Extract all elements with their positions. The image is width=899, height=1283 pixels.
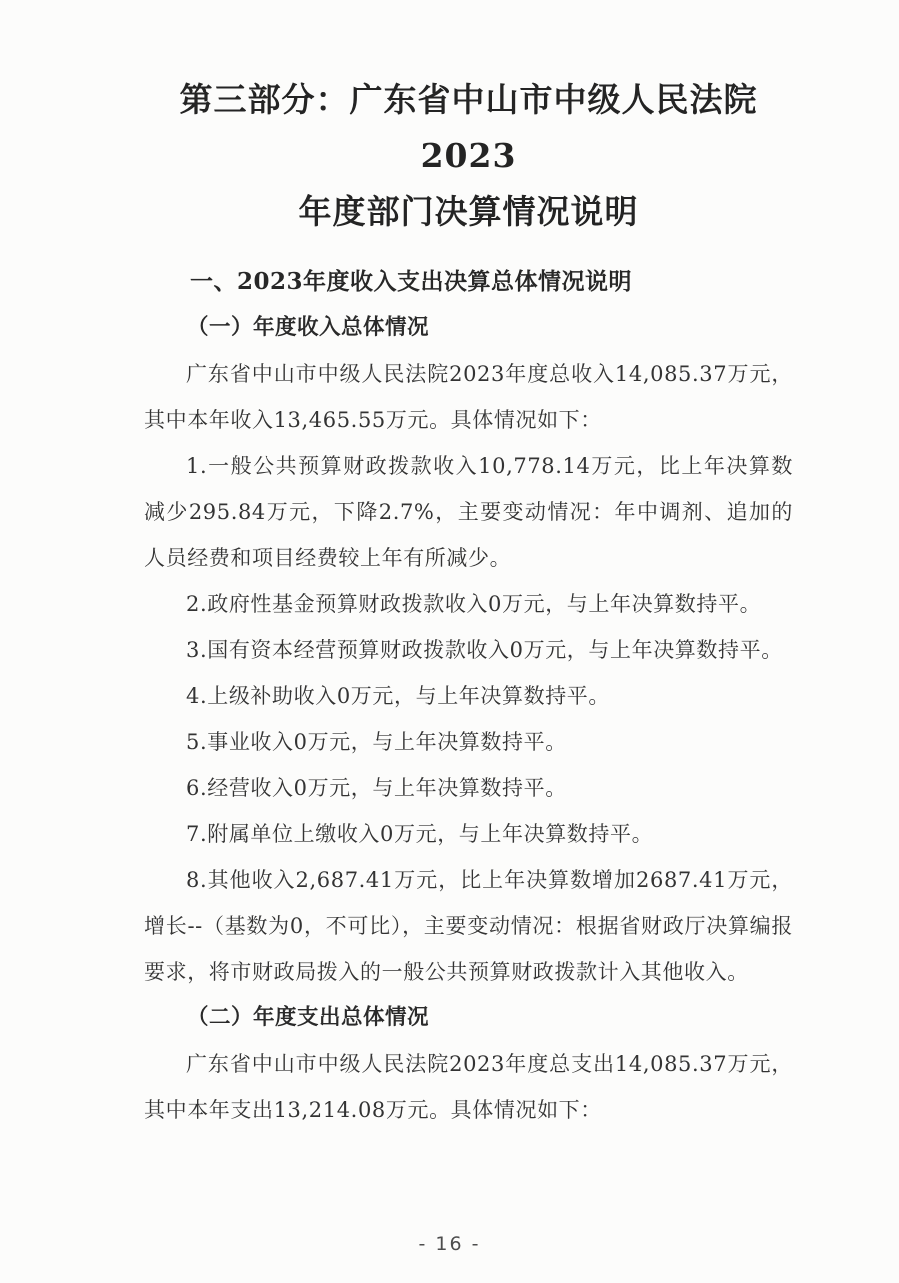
income-item-1: 1.一般公共预算财政拨款收入10,778.14万元，比上年决算数减少295.84… bbox=[144, 443, 793, 581]
page-number: - 16 - bbox=[0, 1233, 899, 1255]
document-page: 第三部分：广东省中山市中级人民法院2023 年度部门决算情况说明 一、2023年… bbox=[0, 0, 899, 1283]
income-item-3: 3.国有资本经营预算财政拨款收入0万元，与上年决算数持平。 bbox=[144, 627, 793, 673]
document-title-line2: 年度部门决算情况说明 bbox=[144, 184, 793, 240]
document-title: 第三部分：广东省中山市中级人民法院2023 年度部门决算情况说明 bbox=[144, 72, 793, 240]
income-intro-paragraph: 广东省中山市中级人民法院2023年度总收入14,085.37万元，其中本年收入1… bbox=[144, 351, 793, 443]
document-title-line1: 第三部分：广东省中山市中级人民法院2023 bbox=[144, 72, 793, 184]
subsection-income-heading: （一）年度收入总体情况 bbox=[144, 305, 793, 351]
subsection-expenditure-heading: （二）年度支出总体情况 bbox=[144, 995, 793, 1041]
document-content: 第三部分：广东省中山市中级人民法院2023 年度部门决算情况说明 一、2023年… bbox=[0, 0, 899, 1133]
income-item-6: 6.经营收入0万元，与上年决算数持平。 bbox=[144, 765, 793, 811]
income-item-4: 4.上级补助收入0万元，与上年决算数持平。 bbox=[144, 673, 793, 719]
income-item-8: 8.其他收入2,687.41万元，比上年决算数增加2687.41万元，增长--（… bbox=[144, 857, 793, 995]
income-item-7: 7.附属单位上缴收入0万元，与上年决算数持平。 bbox=[144, 811, 793, 857]
income-item-5: 5.事业收入0万元，与上年决算数持平。 bbox=[144, 719, 793, 765]
expenditure-intro-paragraph: 广东省中山市中级人民法院2023年度总支出14,085.37万元，其中本年支出1… bbox=[144, 1041, 793, 1133]
section-1-heading: 一、2023年度收入支出决算总体情况说明 bbox=[144, 258, 793, 305]
income-item-2: 2.政府性基金预算财政拨款收入0万元，与上年决算数持平。 bbox=[144, 581, 793, 627]
